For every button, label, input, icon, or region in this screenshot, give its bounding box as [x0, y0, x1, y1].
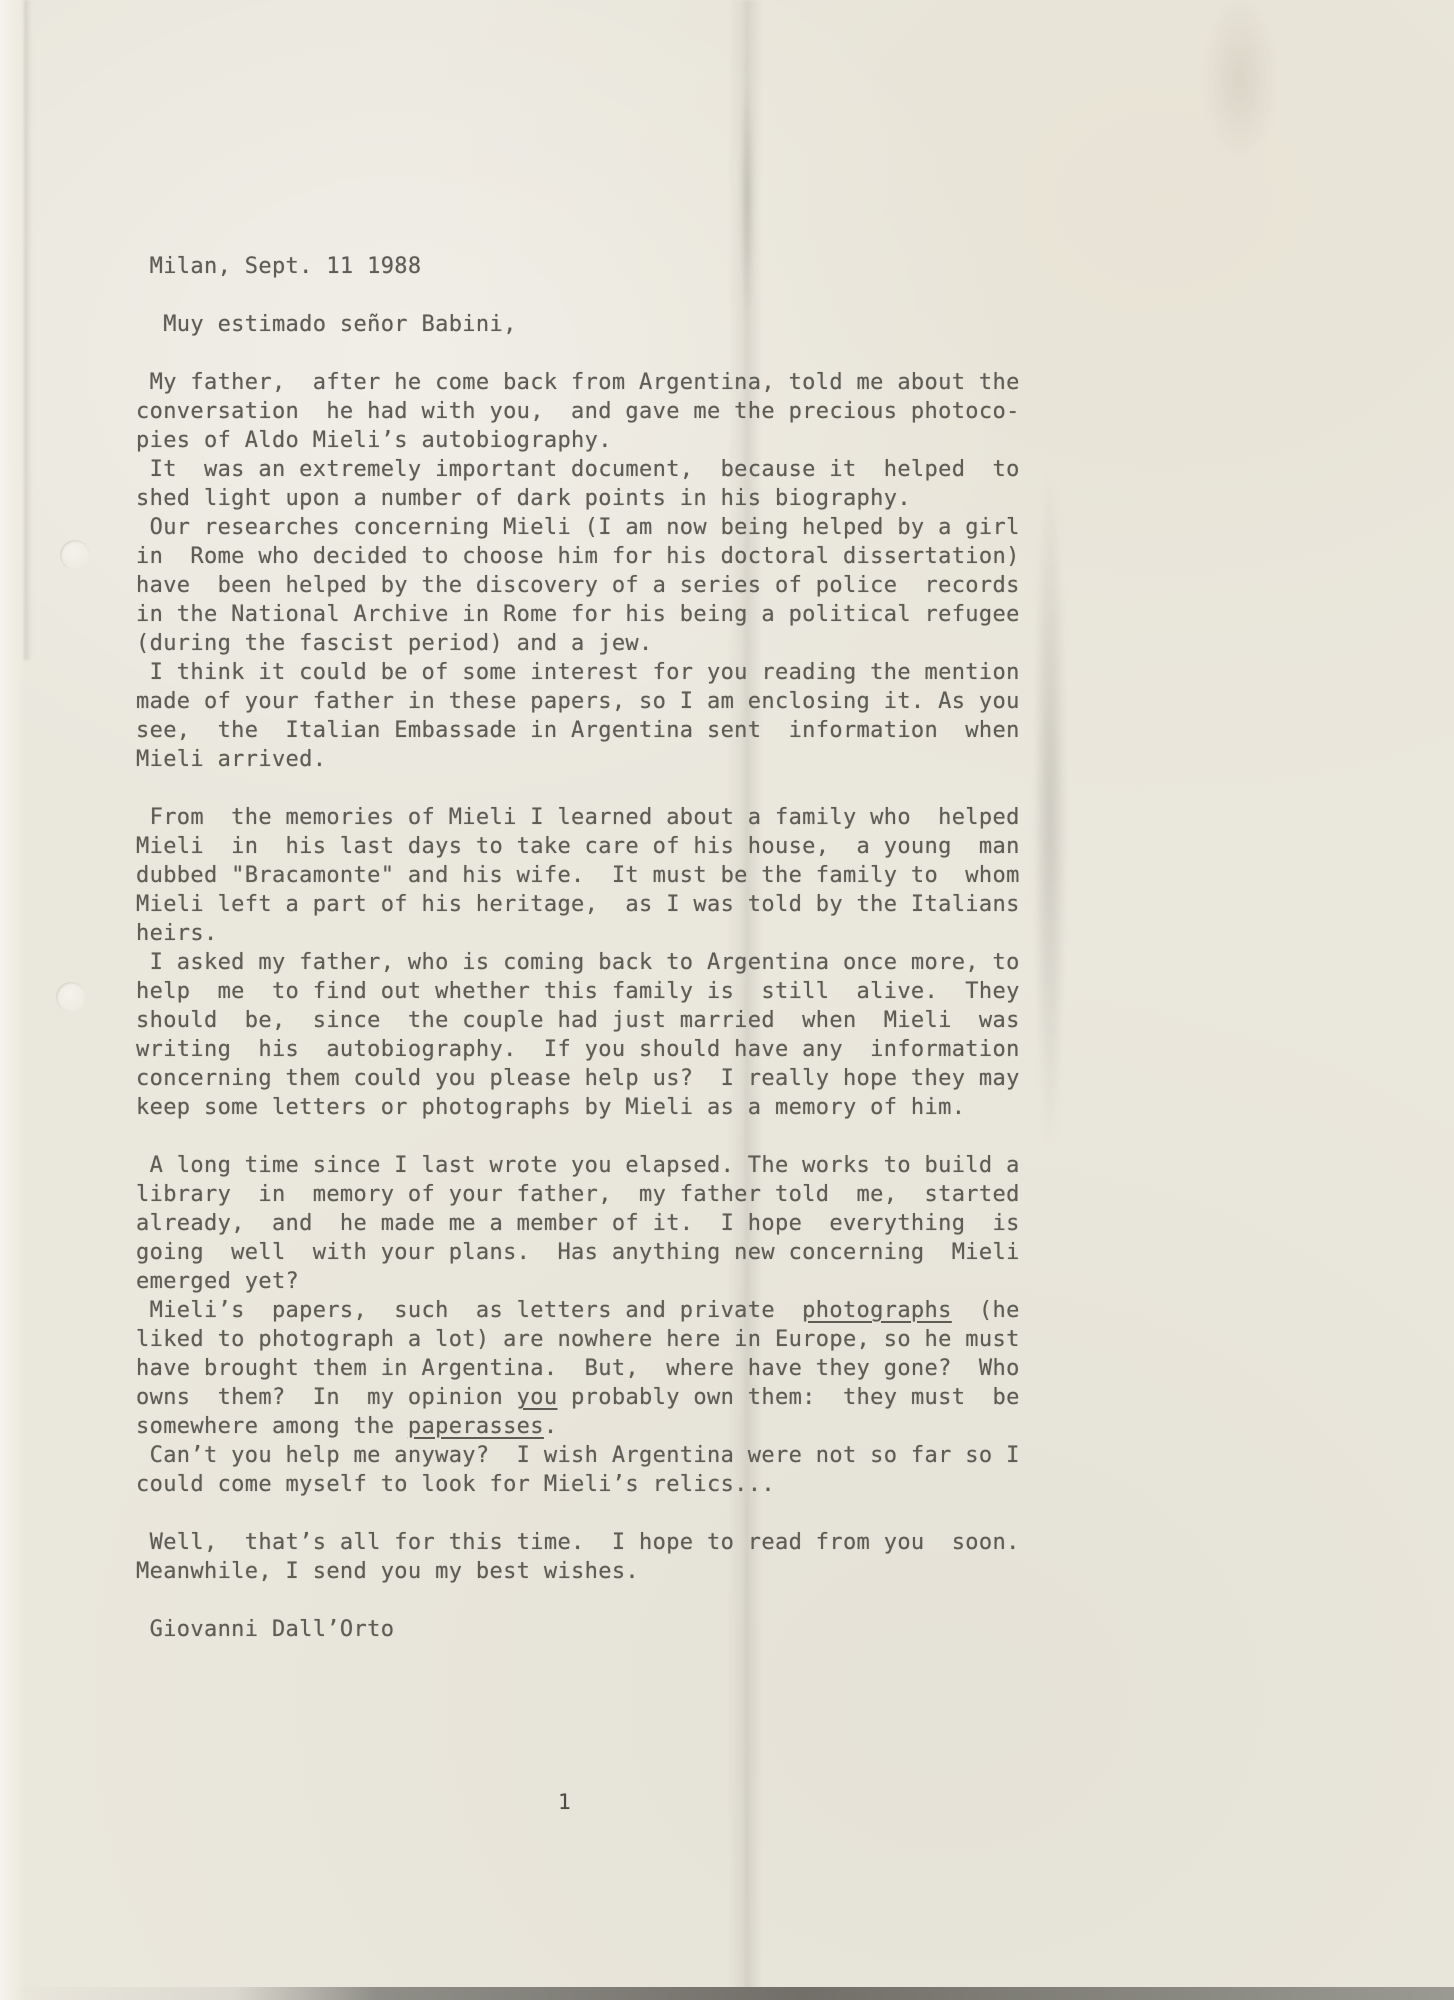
letter-line: going well with your plans. Has anything… [136, 1238, 1036, 1267]
scanned-letter-page: Milan, Sept. 11 1988 Muy estimado señor … [0, 0, 1454, 2000]
letter-line: made of your father in these papers, so … [136, 687, 1036, 716]
letter-line [136, 281, 1036, 310]
letter-line: From the memories of Mieli I learned abo… [136, 803, 1036, 832]
letter-line [136, 1499, 1036, 1528]
letter-line: keep some letters or photographs by Miel… [136, 1093, 1036, 1122]
letter-body: Milan, Sept. 11 1988 Muy estimado señor … [136, 252, 1036, 1644]
letter-line: pies of Aldo Mieli’s autobiography. [136, 426, 1036, 455]
letter-line: in the National Archive in Rome for his … [136, 600, 1036, 629]
letter-line: concerning them could you please help us… [136, 1064, 1036, 1093]
letter-line: Mieli’s papers, such as letters and priv… [136, 1296, 1036, 1325]
scan-top-right-smudge [1180, 0, 1300, 260]
letter-line: conversation he had with you, and gave m… [136, 397, 1036, 426]
letter-line: A long time since I last wrote you elaps… [136, 1151, 1036, 1180]
letter-line: Muy estimado señor Babini, [136, 310, 1036, 339]
letter-line: help me to find out whether this family … [136, 977, 1036, 1006]
letter-line: Mieli in his last days to take care of h… [136, 832, 1036, 861]
page-number: 1 [558, 1790, 571, 1814]
letter-line: in Rome who decided to choose him for hi… [136, 542, 1036, 571]
letter-line: Meanwhile, I send you my best wishes. [136, 1557, 1036, 1586]
letter-line: It was an extremely important document, … [136, 455, 1036, 484]
letter-line: My father, after he come back from Argen… [136, 368, 1036, 397]
punch-hole [60, 540, 90, 570]
letter-line: have brought them in Argentina. But, whe… [136, 1354, 1036, 1383]
letter-line [136, 339, 1036, 368]
letter-line: Mieli left a part of his heritage, as I … [136, 890, 1036, 919]
letter-line: heirs. [136, 919, 1036, 948]
letter-line: Can’t you help me anyway? I wish Argenti… [136, 1441, 1036, 1470]
letter-line: already, and he made me a member of it. … [136, 1209, 1036, 1238]
letter-line: emerged yet? [136, 1267, 1036, 1296]
letter-line: Mieli arrived. [136, 745, 1036, 774]
letter-line: see, the Italian Embassade in Argentina … [136, 716, 1036, 745]
letter-line: shed light upon a number of dark points … [136, 484, 1036, 513]
letter-line: Well, that’s all for this time. I hope t… [136, 1528, 1036, 1557]
letter-line: writing his autobiography. If you should… [136, 1035, 1036, 1064]
scan-bottom-edge [0, 1987, 1454, 2000]
letter-line: owns them? In my opinion you probably ow… [136, 1383, 1036, 1412]
scan-left-edge [0, 0, 26, 2000]
underlined-word: photographs [802, 1298, 952, 1323]
scan-left-fold-shadow [24, 0, 32, 660]
letter-line: I asked my father, who is coming back to… [136, 948, 1036, 977]
letter-line [136, 1122, 1036, 1151]
letter-line: (during the fascist period) and a jew. [136, 629, 1036, 658]
letter-line: somewhere among the paperasses. [136, 1412, 1036, 1441]
letter-line: Milan, Sept. 11 1988 [136, 252, 1036, 281]
underlined-word: paperasses [408, 1414, 544, 1439]
letter-line [136, 774, 1036, 803]
underlined-word: you [517, 1385, 558, 1410]
letter-line: should be, since the couple had just mar… [136, 1006, 1036, 1035]
letter-line: library in memory of your father, my fat… [136, 1180, 1036, 1209]
letter-line: dubbed "Bracamonte" and his wife. It mus… [136, 861, 1036, 890]
punch-hole [56, 982, 86, 1012]
letter-line: could come myself to look for Mieli’s re… [136, 1470, 1036, 1499]
letter-line: have been helped by the discovery of a s… [136, 571, 1036, 600]
letter-line: liked to photograph a lot) are nowhere h… [136, 1325, 1036, 1354]
letter-line: I think it could be of some interest for… [136, 658, 1036, 687]
letter-line: Giovanni Dall’Orto [136, 1615, 1036, 1644]
letter-line [136, 1586, 1036, 1615]
letter-line: Our researches concerning Mieli (I am no… [136, 513, 1036, 542]
